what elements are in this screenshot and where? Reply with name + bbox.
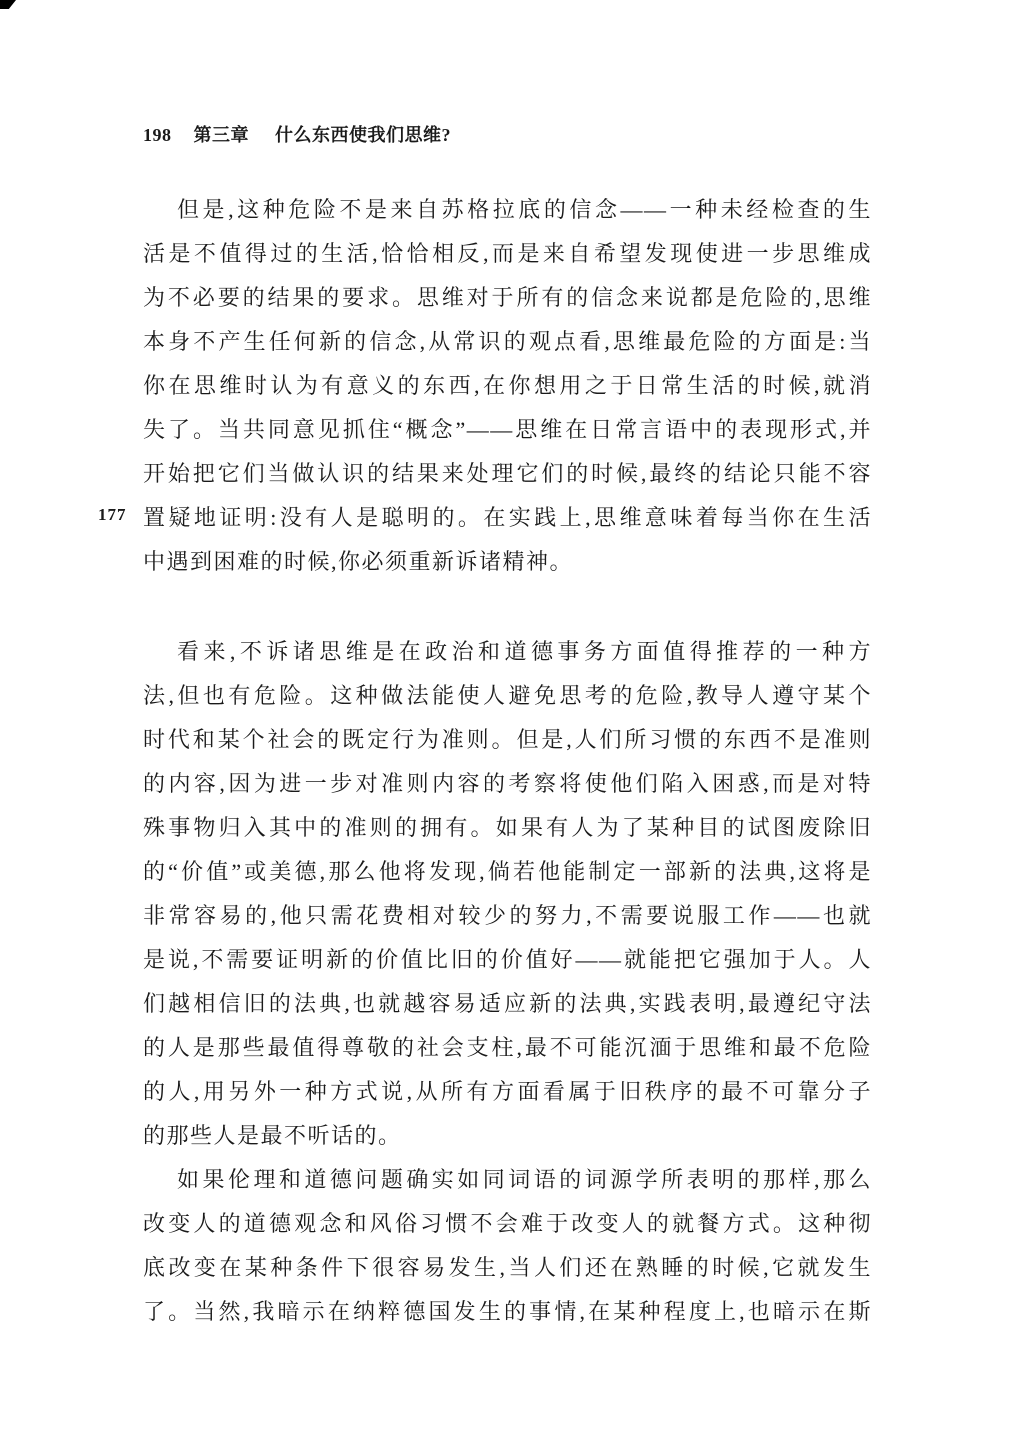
text-line: 的人,用另外一种方式说,从所有方面看属于旧秩序的最不可靠分子 bbox=[143, 1070, 872, 1114]
scan-artifact-corner bbox=[0, 0, 16, 9]
text-line: 本身不产生任何新的信念,从常识的观点看,思维最危险的方面是:当 bbox=[143, 320, 872, 364]
text-line: 的人是那些最值得尊敬的社会支柱,最不可能沉湎于思维和最不危险 bbox=[143, 1026, 872, 1070]
text-line: 底改变在某种条件下很容易发生,当人们还在熟睡的时候,它就发生 bbox=[143, 1246, 872, 1290]
text-line: 非常容易的,他只需花费相对较少的努力,不需要说服工作——也就 bbox=[143, 894, 872, 938]
text-line: 的那些人是最不听话的。 bbox=[143, 1114, 872, 1158]
text-line: 失了。当共同意见抓住“概念”——思维在日常言语中的表现形式,并 bbox=[143, 408, 872, 452]
margin-page-number: 177 bbox=[98, 505, 127, 525]
running-header: 198 第三章 什么东西使我们思维? bbox=[143, 121, 451, 147]
text-line: 置疑地证明:没有人是聪明的。在实践上,思维意味着每当你在生活 bbox=[143, 496, 872, 540]
text-line: 了。当然,我暗示在纳粹德国发生的事情,在某种程度上,也暗示在斯 bbox=[143, 1290, 872, 1334]
text-line: 们越相信旧的法典,也就越容易适应新的法典,实践表明,最遵纪守法 bbox=[143, 982, 872, 1026]
text-line: 你在思维时认为有意义的东西,在你想用之于日常生活的时候,就消 bbox=[143, 364, 872, 408]
paragraph-2: 看来,不诉诸思维是在政治和道德事务方面值得推荐的一种方法,但也有危险。这种做法能… bbox=[143, 630, 872, 1158]
text-line: 活是不值得过的生活,恰恰相反,而是来自希望发现使进一步思维成 bbox=[143, 232, 872, 276]
text-line: 法,但也有危险。这种做法能使人避免思考的危险,教导人遵守某个 bbox=[143, 674, 872, 718]
paragraph-1: 但是,这种危险不是来自苏格拉底的信念——一种未经检查的生活是不值得过的生活,恰恰… bbox=[143, 188, 872, 584]
text-line: 看来,不诉诸思维是在政治和道德事务方面值得推荐的一种方 bbox=[143, 630, 872, 674]
header-chapter-label: 第三章 bbox=[194, 125, 250, 145]
book-page-scan: 198 第三章 什么东西使我们思维? 177 但是,这种危险不是来自苏格拉底的信… bbox=[0, 0, 1012, 1439]
text-line: 开始把它们当做认识的结果来处理它们的时候,最终的结论只能不容 bbox=[143, 452, 872, 496]
text-line: 殊事物归入其中的准则的拥有。如果有人为了某种目的试图废除旧 bbox=[143, 806, 872, 850]
text-line: 如果伦理和道德问题确实如同词语的词源学所表明的那样,那么 bbox=[143, 1158, 872, 1202]
text-line: 的内容,因为进一步对准则内容的考察将使他们陷入困惑,而是对特 bbox=[143, 762, 872, 806]
body-text: 但是,这种危险不是来自苏格拉底的信念——一种未经检查的生活是不值得过的生活,恰恰… bbox=[143, 188, 872, 1334]
text-line: 的“价值”或美德,那么他将发现,倘若他能制定一部新的法典,这将是 bbox=[143, 850, 872, 894]
text-line: 时代和某个社会的既定行为准则。但是,人们所习惯的东西不是准则 bbox=[143, 718, 872, 762]
text-line: 是说,不需要证明新的价值比旧的价值好——就能把它强加于人。人 bbox=[143, 938, 872, 982]
header-page-number: 198 bbox=[143, 125, 172, 145]
paragraph-3: 如果伦理和道德问题确实如同词语的词源学所表明的那样,那么改变人的道德观念和风俗习… bbox=[143, 1158, 872, 1334]
text-line: 为不必要的结果的要求。思维对于所有的信念来说都是危险的,思维 bbox=[143, 276, 872, 320]
text-line: 中遇到困难的时候,你必须重新诉诸精神。 bbox=[143, 540, 872, 584]
text-line: 改变人的道德观念和风俗习惯不会难于改变人的就餐方式。这种彻 bbox=[143, 1202, 872, 1246]
header-chapter-title: 什么东西使我们思维? bbox=[275, 125, 451, 145]
text-line: 但是,这种危险不是来自苏格拉底的信念——一种未经检查的生 bbox=[143, 188, 872, 232]
